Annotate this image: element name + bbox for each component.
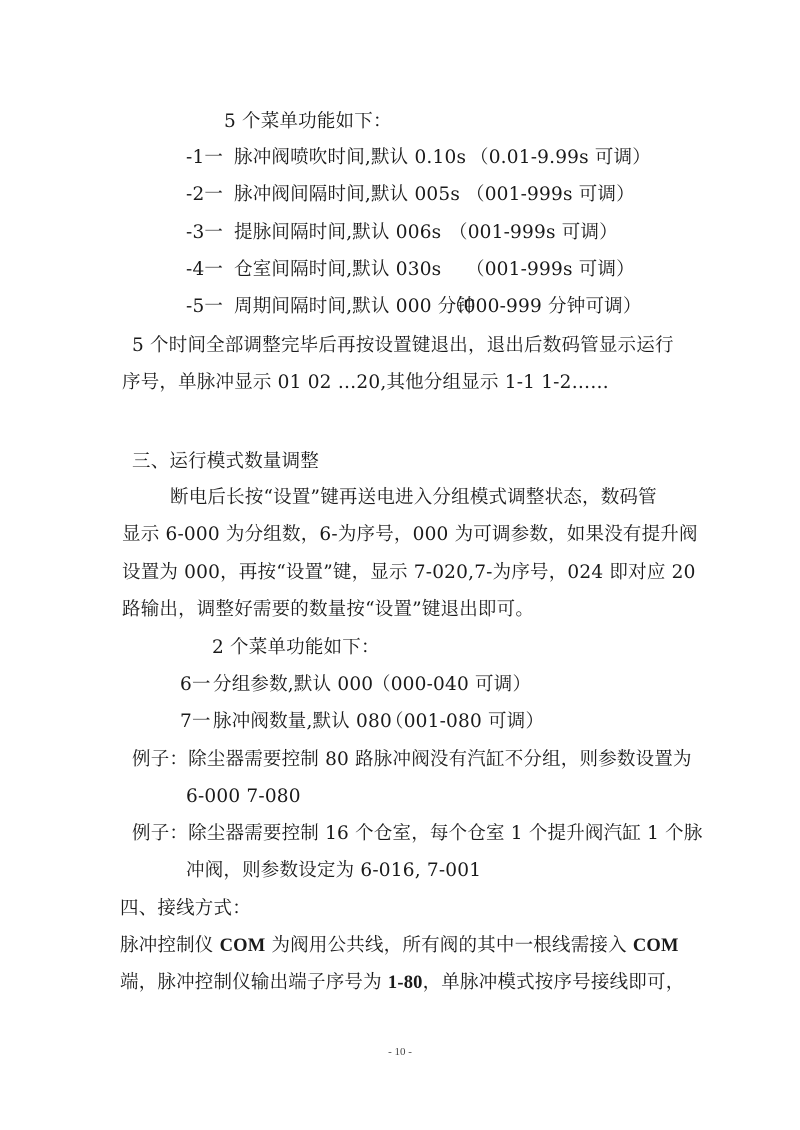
menu-range: （001-080 可调）: [385, 710, 544, 734]
menu-code: -1一: [186, 146, 223, 170]
menu-range: （001-999s 可调）: [466, 258, 635, 282]
section3-para-line2: 显示 6-000 为分组数，6-为序号，000 为可调参数，如果没有提升阀: [122, 523, 698, 547]
com-label: COM: [633, 936, 679, 956]
section4-line1: 脉冲控制仪 COM 为阀用公共线，所有阀的其中一根线需接入 COM: [120, 934, 679, 958]
example-2-line1: 例子：除尘器需要控制 16 个仓室，每个仓室 1 个提升阀汽缸 1 个脉: [132, 822, 703, 846]
menu-range: （000-040 可调）: [372, 673, 531, 697]
menu-text: 脉冲阀喷吹时间,默认 0.10s: [234, 146, 466, 170]
terminal-range: 1-80: [388, 973, 423, 993]
section4-line2: 端，脉冲控制仪输出端子序号为 1-80，单脉冲模式按序号接线即可，: [120, 971, 684, 995]
menu-range: （000-999 分钟可调）: [445, 295, 642, 319]
menu-code: -2一: [186, 183, 223, 207]
section4-title: 四、接线方式：: [120, 897, 251, 921]
section3-para-line1: 断电后长按“设置”键再送电进入分组模式调整状态，数码管: [170, 486, 657, 510]
menu-range: （001-999s 可调）: [466, 183, 635, 207]
text: 为阀用公共线，所有阀的其中一根线需接入: [265, 935, 632, 956]
menu5-note-line1: 5 个时间全部调整完毕后再按设置键退出，退出后数码管显示运行: [132, 334, 674, 358]
menu-code: 7一: [180, 710, 211, 734]
menu-text: 仓室间隔时间,默认 030s: [234, 258, 441, 282]
menu5-note-line2: 序号，单脉冲显示 01 02 …20,其他分组显示 1-1 1-2……: [122, 371, 609, 395]
text: 端，脉冲控制仪输出端子序号为: [120, 972, 388, 993]
menu-text: 周期间隔时间,默认 000 分钟: [234, 295, 475, 319]
text: ，单脉冲模式按序号接线即可，: [423, 972, 685, 993]
section3-title: 三、运行模式数量调整: [132, 450, 319, 474]
text: 脉冲控制仪: [120, 935, 220, 956]
com-label: COM: [220, 936, 266, 956]
example-2-line2: 冲阀，则参数设定为 6-016, 7-001: [186, 859, 481, 883]
menu-text: 分组参数,默认 000: [213, 673, 373, 697]
menu-range: （001-999s 可调）: [449, 221, 618, 245]
section3-para-line4: 路输出，调整好需要的数量按“设置”键退出即可。: [122, 598, 534, 622]
menu-range: （0.01-9.99s 可调）: [470, 146, 651, 170]
page-number: - 10 -: [0, 1046, 800, 1058]
menu-text: 脉冲阀间隔时间,默认 005s: [234, 183, 460, 207]
menu-code: -3一: [186, 221, 223, 245]
menu-code: 6一: [180, 673, 211, 697]
example-1-line2: 6-000 7-080: [186, 785, 301, 809]
menu-text: 提脉间隔时间,默认 006s: [234, 221, 441, 245]
section3-para-line3: 设置为 000，再按“设置”键，显示 7-020,7-为序号，024 即对应 2…: [122, 561, 696, 585]
menu5-heading: 5 个菜单功能如下：: [224, 110, 392, 134]
example-1-line1: 例子：除尘器需要控制 80 路脉冲阀没有汽缸不分组，则参数设置为: [132, 748, 692, 772]
menu-text: 脉冲阀数量,默认 080: [213, 710, 392, 734]
menu-code: -5一: [186, 295, 223, 319]
menu-code: -4一: [186, 258, 223, 282]
menu2-heading: 2 个菜单功能如下：: [212, 636, 380, 660]
